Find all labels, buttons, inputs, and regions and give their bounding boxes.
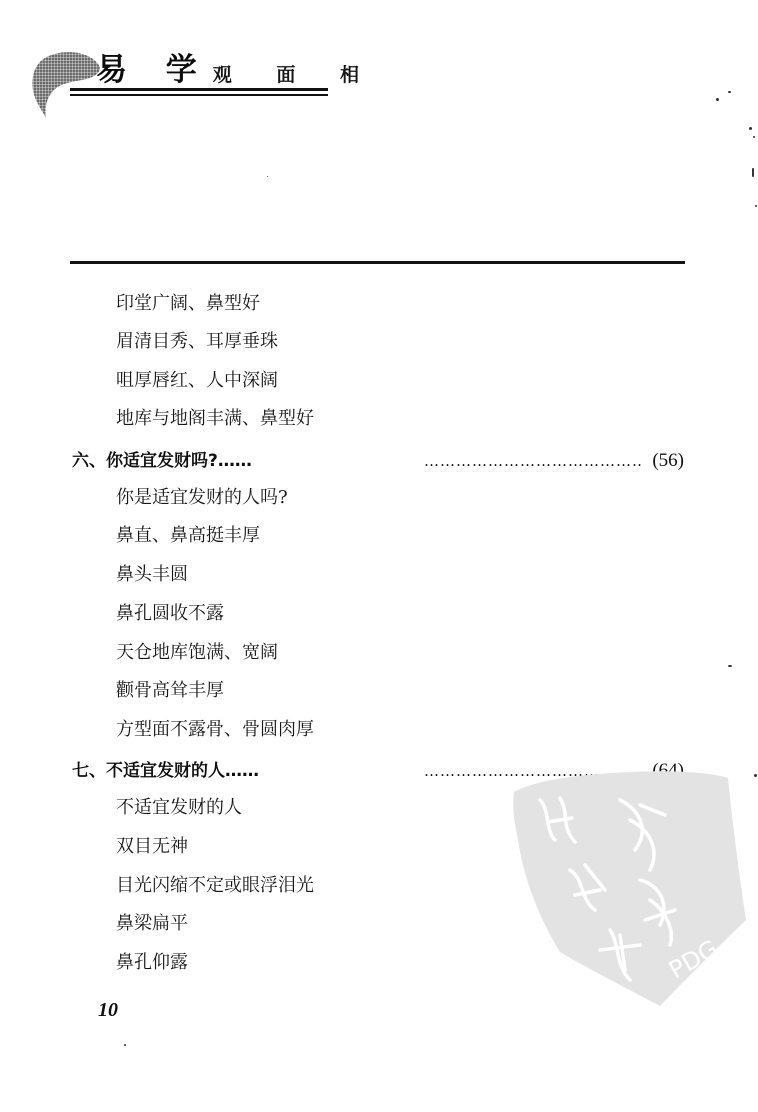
scan-speck (728, 665, 732, 667)
scan-speck (754, 774, 757, 777)
header-title-main: 易 学 (96, 52, 211, 88)
section-page-number: (56) (652, 448, 684, 474)
section-title: 六、你适宜发财吗?…… (72, 448, 252, 474)
dot-leader: …………………………………………………… (424, 448, 642, 474)
toc-item[interactable]: 印堂广阔、鼻型好 (116, 292, 260, 316)
toc-item[interactable]: 鼻孔圆收不露 (116, 602, 224, 626)
header-rule-top (70, 88, 328, 91)
scan-speck (753, 136, 755, 138)
scan-speck (267, 176, 268, 177)
toc-item[interactable]: 地库与地阁丰满、鼻型好 (116, 407, 314, 431)
toc-item[interactable]: 鼻孔仰露 (116, 951, 188, 975)
page-number: 10 (98, 999, 118, 1022)
section-title: 七、不适宜发财的人…… (72, 758, 259, 784)
toc-item[interactable]: 颧骨高耸丰厚 (116, 679, 224, 703)
toc-item[interactable]: 方型面不露骨、骨圆肉厚 (116, 718, 314, 742)
toc-item[interactable]: 你是适宜发财的人吗? (116, 486, 288, 510)
header-title: 易 学 观 面 相 (96, 52, 378, 88)
toc-item[interactable]: 鼻梁扁平 (116, 912, 188, 936)
running-header: 易 学 观 面 相 (28, 46, 338, 118)
header-rule-bottom (70, 94, 328, 96)
scan-speck (752, 168, 754, 177)
toc-item[interactable]: 不适宜发财的人 (116, 796, 242, 820)
header-title-sub: 观 面 相 (213, 62, 378, 88)
toc-item[interactable]: 天仓地库饱满、宽阔 (116, 641, 278, 665)
scan-speck (124, 1044, 126, 1046)
scan-speck (755, 205, 757, 207)
toc-item[interactable]: 目光闪缩不定或眼浮泪光 (116, 874, 314, 898)
toc-item[interactable]: 咀厚唇红、人中深阔 (116, 369, 278, 393)
toc-item[interactable]: 眉清目秀、耳厚垂珠 (116, 330, 278, 354)
content-divider (70, 261, 685, 264)
toc-section-6[interactable]: 六、你适宜发财吗?…… …………………………………………………… (56) (72, 448, 684, 474)
toc-item[interactable]: 鼻头丰圆 (116, 563, 188, 587)
scan-speck (749, 127, 752, 130)
toc-item[interactable]: 鼻直、鼻高挺丰厚 (116, 524, 260, 548)
watermark-stamp-icon: PDG (500, 770, 750, 1010)
scan-speck (716, 98, 719, 101)
scan-speck (728, 91, 731, 93)
toc-item[interactable]: 双目无神 (116, 835, 188, 859)
